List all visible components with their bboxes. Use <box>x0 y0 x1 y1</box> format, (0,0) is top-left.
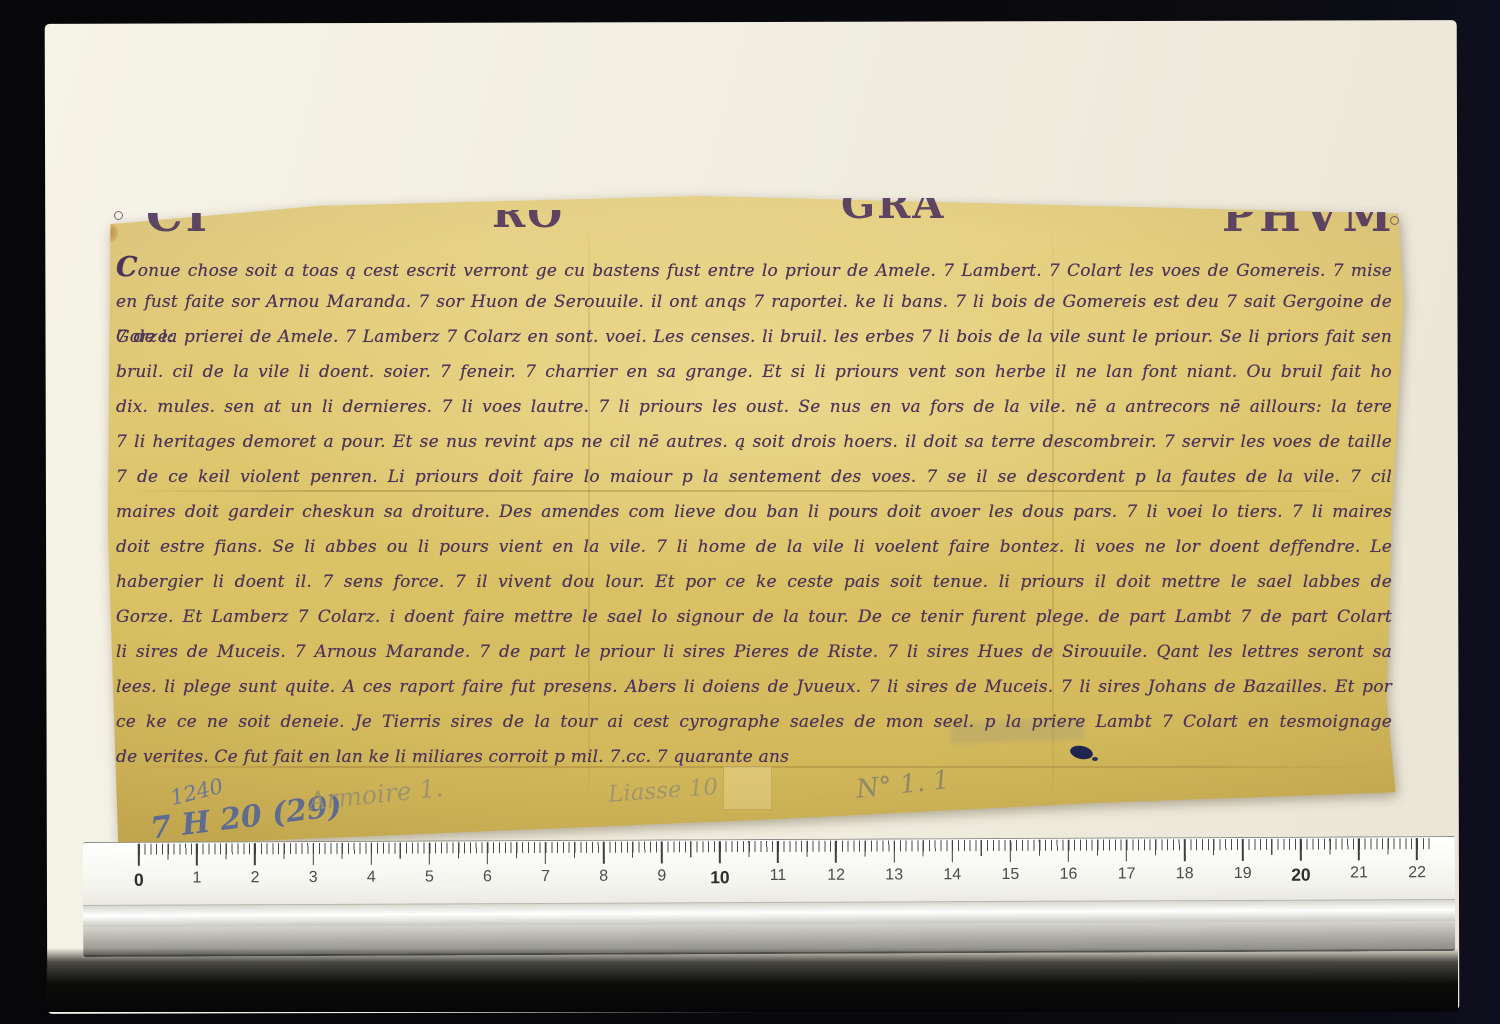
ruler-cm-tick <box>1300 839 1302 861</box>
chirograph-letters: GRA <box>841 198 945 228</box>
ruler-cm-tick <box>1126 839 1128 861</box>
manuscript-line: bruil. cil de la vile li doent. soier. 7… <box>116 355 1392 390</box>
ruler-cm-tick <box>370 843 372 865</box>
ruler-number: 17 <box>1110 865 1144 883</box>
ruler-number: 2 <box>238 869 272 887</box>
manuscript-text: Conue chose soit a toas ą cest escrit ve… <box>116 250 1392 775</box>
ruler-number: 16 <box>1051 866 1085 884</box>
manuscript-line: Gorze. Et Lamberz 7 Colarz. i doent fair… <box>116 600 1392 635</box>
ruler-cm-tick <box>951 840 953 862</box>
ruler-cm-tick <box>1068 840 1070 862</box>
ruler-number: 10 <box>703 867 737 888</box>
ruler-cm-tick <box>545 842 547 864</box>
ruler-number: 12 <box>819 867 853 885</box>
ruler-number: 20 <box>1284 865 1318 886</box>
ruler-number: 8 <box>587 868 621 886</box>
ruler-number: 4 <box>354 869 388 887</box>
chirograph-letters: CI <box>146 213 210 249</box>
ruler-number: 6 <box>470 868 504 886</box>
ruler-cm-tick <box>1184 839 1186 861</box>
manuscript-line: 7 de la prierei de Amele. 7 Lamberz 7 Co… <box>116 320 1392 355</box>
ruler-number: 1 <box>180 869 214 887</box>
ruler-cm-tick <box>1009 840 1011 862</box>
ruler-face: 012345678910111213141516171819202122 <box>83 836 1455 906</box>
ruler-number: 21 <box>1342 864 1376 882</box>
ruler-cm-tick <box>893 840 895 862</box>
ruler-cm-tick <box>138 844 140 866</box>
manuscript-line: 7 de ce keil violent penren. Li priours … <box>116 460 1392 495</box>
manuscript-line: habergier li doent il. 7 sens force. 7 i… <box>116 565 1392 600</box>
ruler-number: 15 <box>993 866 1027 884</box>
ruler-cm-tick <box>1358 838 1360 860</box>
ruler: 012345678910111213141516171819202122 <box>83 836 1456 960</box>
hole-mark <box>114 211 123 220</box>
ruler-number: 11 <box>761 867 795 885</box>
manuscript-line: Conue chose soit a toas ą cest escrit ve… <box>116 250 1392 285</box>
ruler-cm-tick <box>1242 839 1244 861</box>
ruler-number: 0 <box>122 870 156 891</box>
ruler-number: 14 <box>935 866 969 884</box>
ruler-number: 18 <box>1168 865 1202 883</box>
chirograph-letters: PHVM <box>1222 212 1396 254</box>
ruler-cm-tick <box>603 842 605 864</box>
manuscript-line: ce ke ce ne soit deneie. Je Tierris sire… <box>116 705 1392 740</box>
ruler-number: 13 <box>877 866 911 884</box>
manuscript-line: 7 li heritages demoret a pour. Et se nus… <box>116 425 1392 460</box>
chirograph-letters: RO <box>492 210 564 238</box>
manuscript-line: lees. li plege sunt quite. A ces raport … <box>116 670 1392 705</box>
manuscript-line: en fust faite sor Arnou Maranda. 7 sor H… <box>116 285 1392 320</box>
ruler-number: 3 <box>296 869 330 887</box>
manuscript-line: li sires de Muceis. 7 Arnous Marande. 7 … <box>116 635 1392 670</box>
ruler-number: 19 <box>1226 865 1260 883</box>
archive-photo: { "photo": { "frame_color": "#0a0a0d", "… <box>0 0 1500 1024</box>
ruler-number: 5 <box>412 868 446 886</box>
ruler-cm-tick <box>719 841 721 863</box>
shadow-area <box>46 948 1458 1012</box>
ruler-number: 7 <box>529 868 563 886</box>
ruler-cm-tick <box>428 842 430 864</box>
ruler-cm-tick <box>487 842 489 864</box>
ruler-halfcm-ticks <box>139 838 1431 860</box>
ruler-number: 9 <box>645 867 679 885</box>
ruler-cm-tick <box>777 841 779 863</box>
ruler-cm-tick <box>312 843 314 865</box>
ruler-cm-tick <box>1416 838 1418 860</box>
manuscript-line: maires doit gardeir cheskun sa droiture.… <box>116 495 1392 530</box>
ruler-number: 22 <box>1400 864 1434 882</box>
manuscript-line: dix. mules. sen at un li dernieres. 7 li… <box>116 390 1392 425</box>
ruler-cm-tick <box>661 841 663 863</box>
manuscript-line: doit estre fians. Se li abbes ou li pour… <box>116 530 1392 565</box>
ruler-cm-tick <box>254 843 256 865</box>
ruler-cm-tick <box>835 841 837 863</box>
ruler-cm-tick <box>196 843 198 865</box>
manuscript-line: de verites. Ce fut fait en lan ke li mil… <box>116 740 1392 775</box>
stain-mark <box>103 224 118 242</box>
